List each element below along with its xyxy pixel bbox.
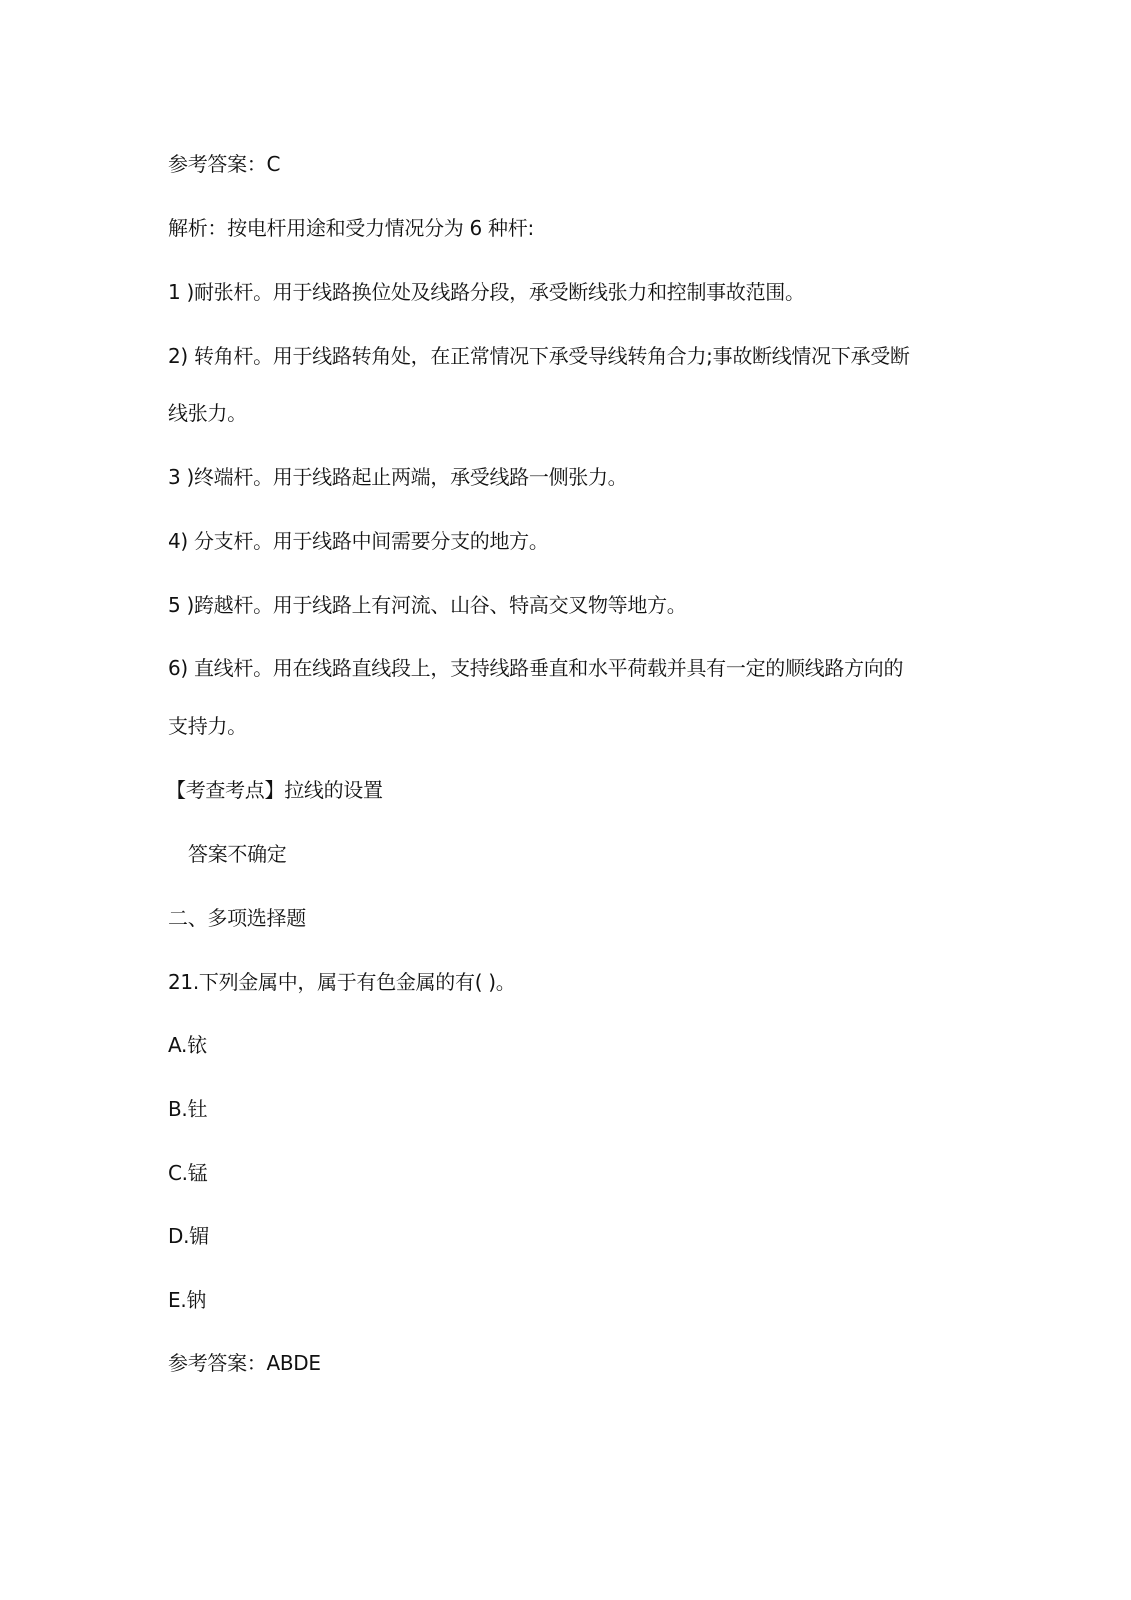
analysis-item-continued: 线张力。 [168,400,247,426]
reference-answer-previous: 参考答案：C [168,151,280,177]
analysis-item: 3 )终端杆。用于线路起止两端，承受线路一侧张力。 [168,464,627,490]
analysis-item: 6) 直线杆。用在线路直线段上，支持线路垂直和水平荷载并具有一定的顺线路方向的 [168,655,903,681]
reference-answer: 参考答案：ABDE [168,1350,321,1376]
option-d: D.镅 [168,1223,209,1249]
option-b: B.钍 [168,1096,207,1122]
question-stem: 21.下列金属中，属于有色金属的有( )。 [168,969,515,995]
analysis-intro: 解析：按电杆用途和受力情况分为 6 种杆: [168,215,534,241]
analysis-item: 4) 分支杆。用于线路中间需要分支的地方。 [168,528,549,554]
answer-uncertain-note: 答案不确定 [188,841,287,867]
analysis-item: 5 )跨越杆。用于线路上有河流、山谷、特高交叉物等地方。 [168,592,687,618]
document-page: 参考答案：C 解析：按电杆用途和受力情况分为 6 种杆: 1 )耐张杆。用于线路… [0,0,1131,1600]
option-c: C.锰 [168,1160,207,1186]
analysis-item: 2) 转角杆。用于线路转角处，在正常情况下承受导线转角合力;事故断线情况下承受断 [168,343,910,369]
analysis-item-continued: 支持力。 [168,713,247,739]
exam-point: 【考查考点】拉线的设置 [166,777,383,803]
analysis-item: 1 )耐张杆。用于线路换位处及线路分段，承受断线张力和控制事故范围。 [168,279,805,305]
option-e: E.钠 [168,1287,206,1313]
option-a: A.铱 [168,1032,207,1058]
section-title: 二、多项选择题 [168,905,306,931]
